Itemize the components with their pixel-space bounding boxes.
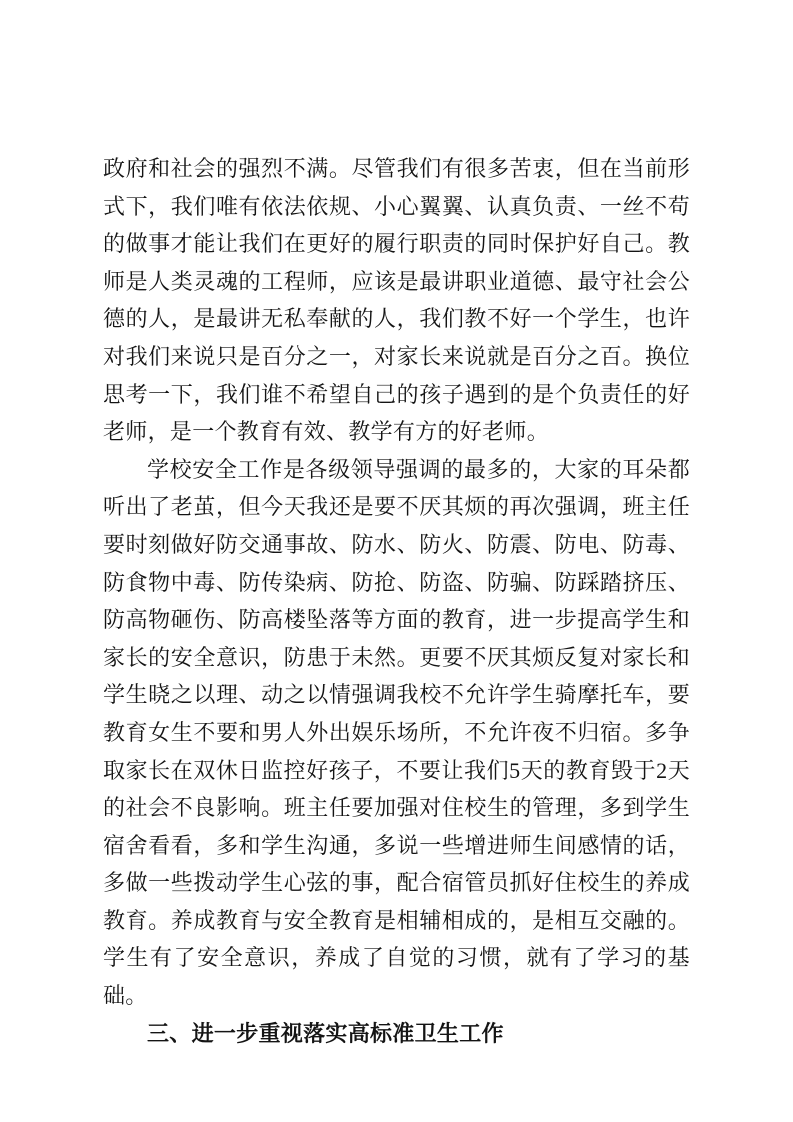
document-page: 政府和社会的强烈不满。尽管我们有很多苦衷，但在当前形式下，我们唯有依法依规、小心…: [0, 0, 793, 1122]
section-heading-hygiene-work: 三、进一步重视落实高标准卫生工作: [103, 1015, 690, 1053]
paragraph-school-safety-work: 学校安全工作是各级领导强调的最多的，大家的耳朵都听出了老茧，但今天我还是要不厌其…: [103, 451, 690, 1015]
paragraph-teacher-responsibility: 政府和社会的强烈不满。尽管我们有很多苦衷，但在当前形式下，我们唯有依法依规、小心…: [103, 150, 690, 451]
document-content: 政府和社会的强烈不满。尽管我们有很多苦衷，但在当前形式下，我们唯有依法依规、小心…: [103, 150, 690, 1052]
